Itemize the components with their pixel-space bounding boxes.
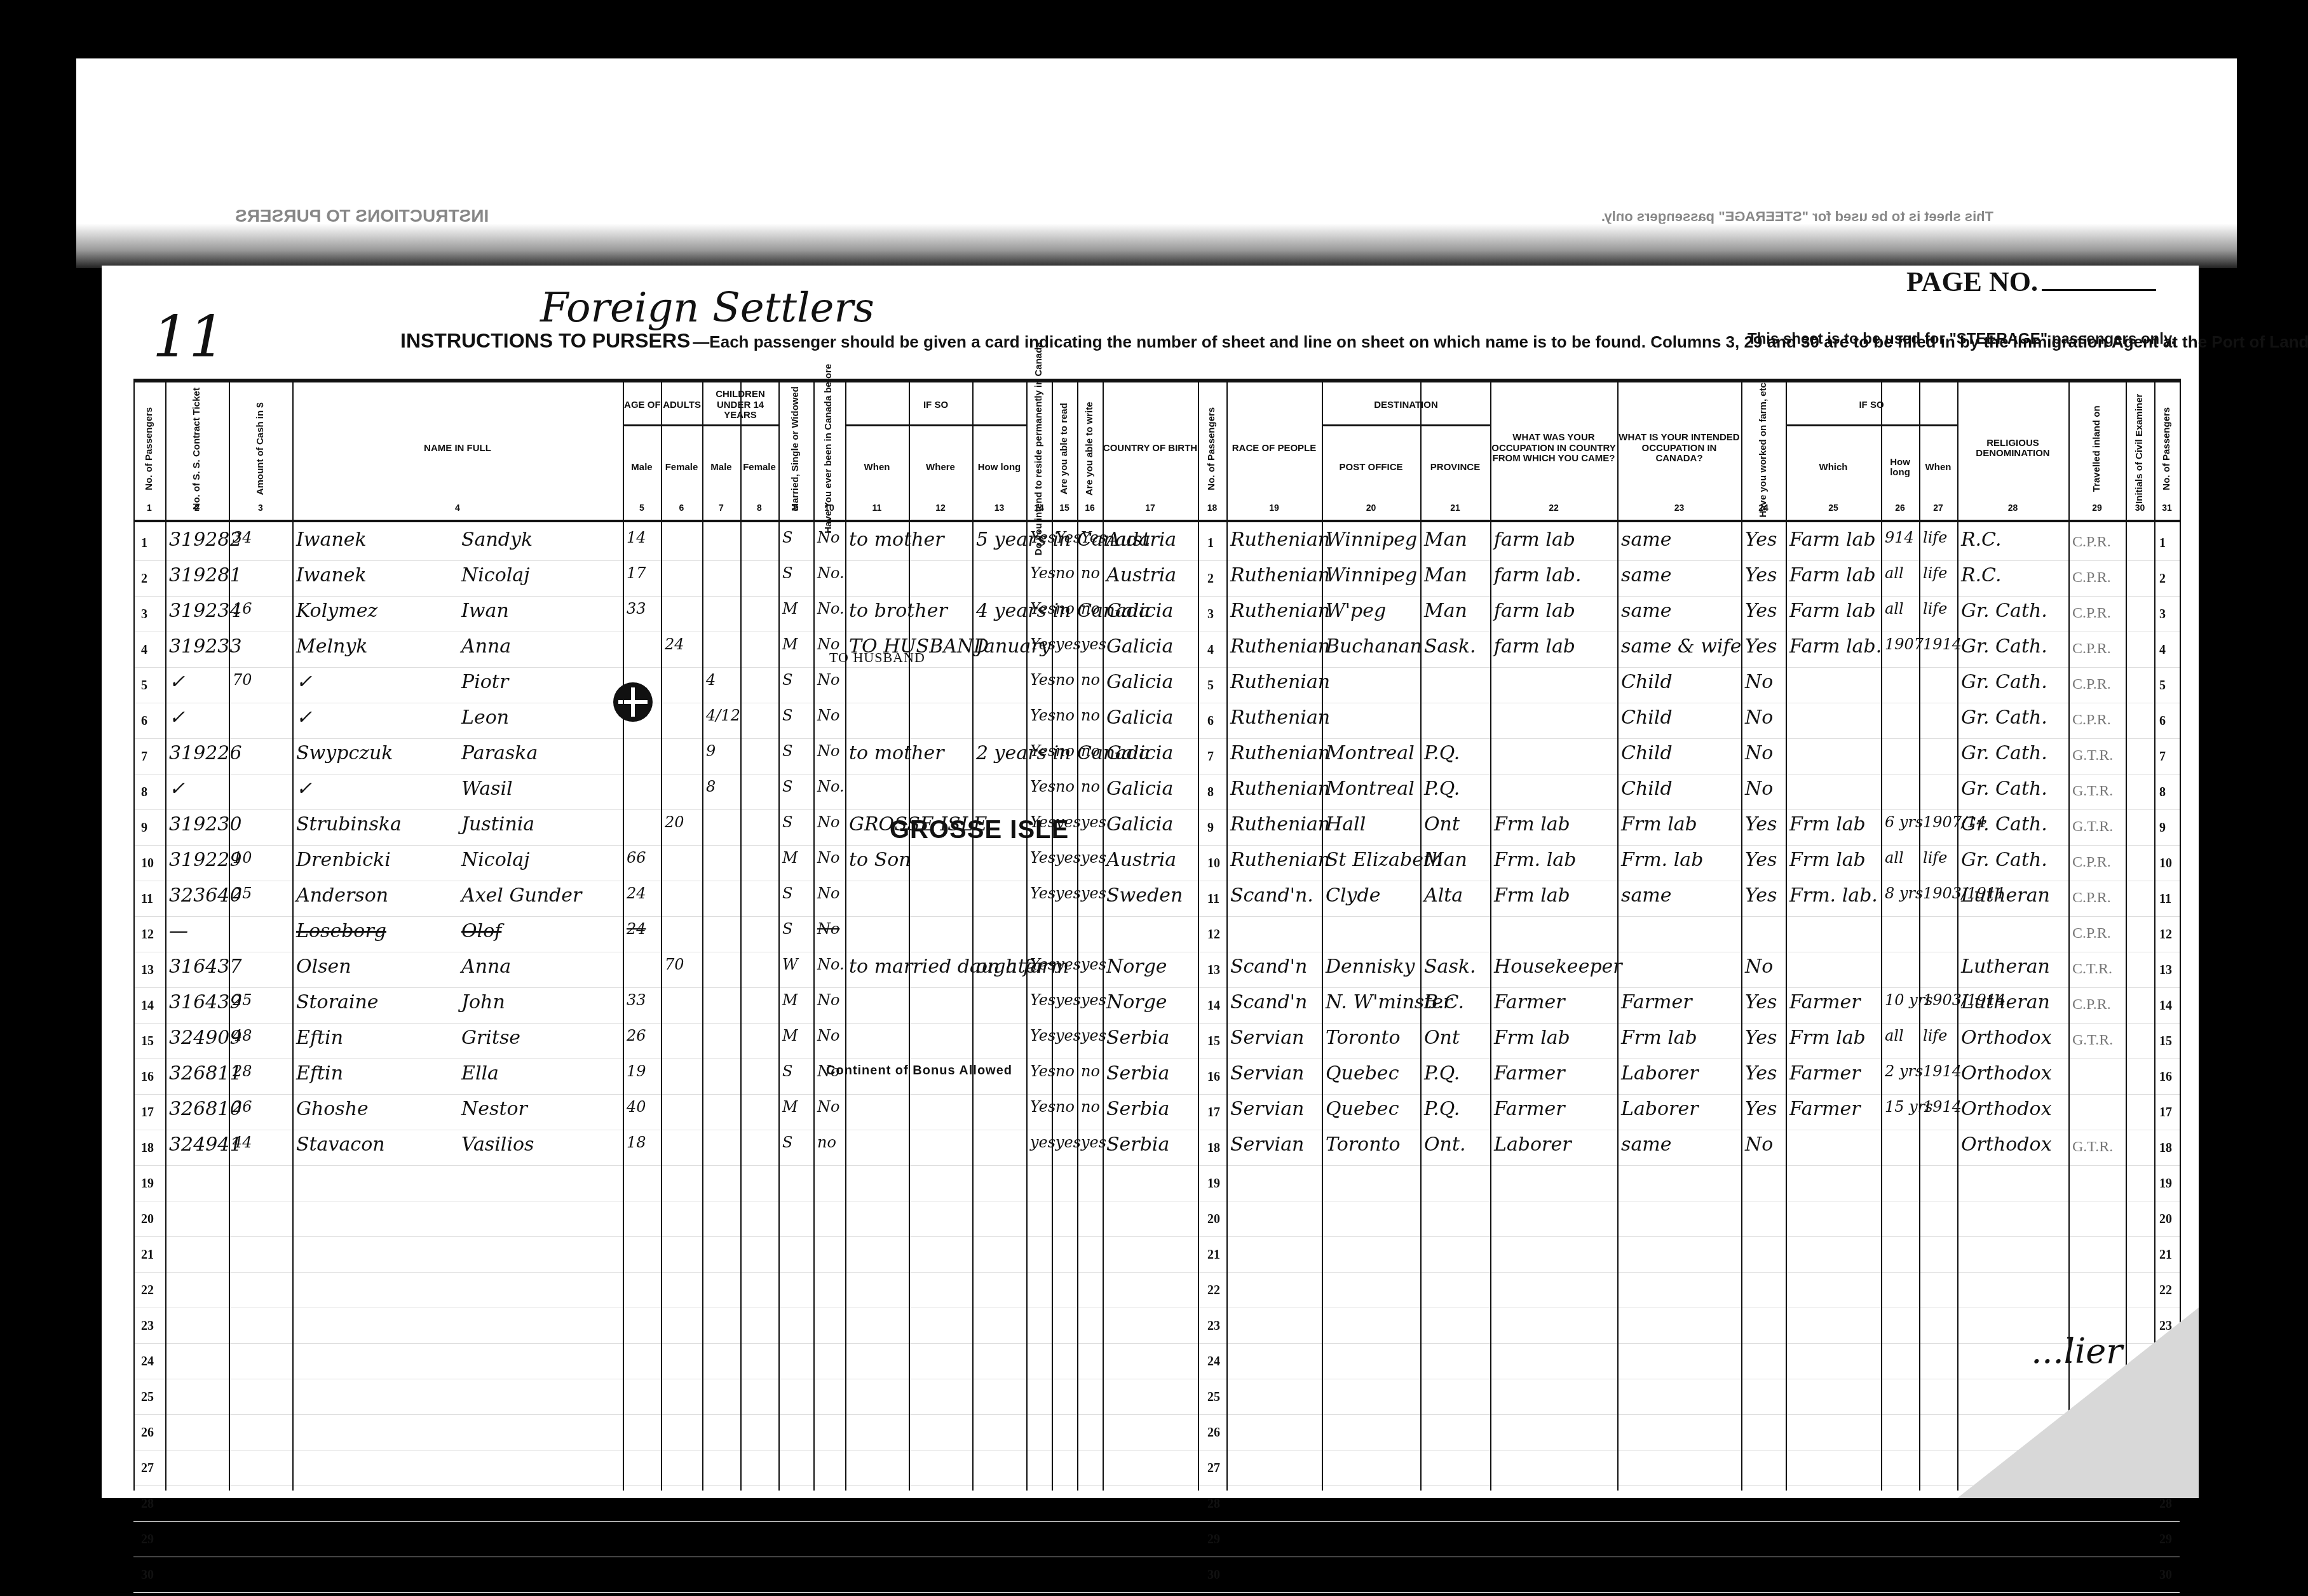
column-header-9: Married, Single or Widowed — [778, 385, 813, 512]
child-male: 4/12 — [706, 707, 740, 724]
marital-status: S — [782, 529, 792, 546]
column-divider — [778, 379, 780, 1491]
post-office: Hall — [1326, 813, 1366, 835]
given-name: Axel Gunder — [461, 884, 581, 907]
been-in-canada: No — [817, 742, 839, 760]
column-header-25: Which — [1786, 429, 1881, 506]
line-number: 7 — [141, 750, 147, 764]
column-header-11: When — [845, 429, 909, 506]
column-divider — [165, 379, 166, 1491]
given-name: Justinia — [461, 813, 534, 835]
line-number: 12 — [141, 928, 154, 942]
age-male: 19 — [627, 1062, 646, 1080]
intended-occupation: Child — [1621, 671, 1673, 693]
country-of-birth: Galicia — [1106, 813, 1173, 835]
race: Servian — [1230, 1098, 1304, 1120]
age-male: 33 — [627, 600, 646, 618]
line-number: 25 — [141, 1390, 154, 1405]
province: Man — [1424, 564, 1467, 586]
line-number: 8 — [1207, 785, 1214, 800]
ticket-number: ✓ — [169, 671, 185, 693]
race: Ruthenian — [1230, 529, 1330, 551]
column-number: 16 — [1077, 503, 1103, 513]
table-row: 252525 — [133, 1379, 2180, 1415]
column-divider — [623, 379, 624, 1491]
marital-status: W — [782, 956, 798, 973]
sheet-number: 11 — [153, 304, 226, 370]
religion: Gr. Cath. — [1961, 635, 2047, 658]
province: Man — [1424, 529, 1467, 551]
line-number: 23 — [141, 1319, 154, 1334]
given-name: Nicolaj — [461, 849, 530, 871]
header-bottom-rule — [133, 520, 2180, 522]
country-of-birth: Austria — [1106, 849, 1176, 871]
column-number: 10 — [813, 503, 845, 513]
line-number: 18 — [1207, 1141, 1220, 1156]
religion: Orthodox — [1961, 1027, 2052, 1049]
given-name: Nestor — [461, 1098, 527, 1120]
table-row: 222319281IwanekNicolaj17SNo.YesnonoAustr… — [133, 560, 2180, 597]
column-number: 4 — [292, 503, 623, 513]
column-header-8: Female — [740, 429, 778, 506]
column-number: 23 — [1617, 503, 1741, 513]
previous-occupation: Frm lab — [1494, 884, 1570, 907]
previous-occupation: Housekeeper — [1494, 956, 1622, 978]
been-in-canada: No — [817, 991, 839, 1009]
religion: Orthodox — [1961, 1098, 2052, 1120]
country-of-birth: Austria — [1106, 564, 1176, 586]
farm-experience: Yes — [1745, 564, 1777, 586]
line-number: 2 — [1207, 572, 1214, 586]
province: Man — [1424, 600, 1467, 622]
cash-amount: 28 — [233, 1062, 252, 1080]
table-row: 303030 — [133, 1557, 2180, 1593]
farm-experience: No — [1745, 778, 1773, 800]
line-number: 4 — [2159, 643, 2166, 658]
line-number: 5 — [1207, 679, 1214, 693]
cash-amount: 70 — [233, 671, 252, 689]
line-number: 27 — [1207, 1461, 1220, 1476]
farm-which: Frm lab — [1789, 1027, 1866, 1049]
post-office: Quebec — [1326, 1098, 1399, 1120]
can-read: no — [1056, 742, 1075, 760]
column-header-26: How long — [1881, 429, 1919, 506]
surname: Ghoshe — [296, 1098, 369, 1120]
column-number: 9 — [778, 503, 813, 513]
marital-status: S — [782, 884, 792, 902]
column-number: 22 — [1490, 503, 1617, 513]
post-office: Buchanan — [1326, 635, 1422, 658]
been-in-canada: no — [817, 1133, 836, 1151]
ticket-number: 324941 — [169, 1133, 242, 1156]
been-in-canada: No — [817, 1098, 839, 1116]
manifest-sheet: 11 Foreign Settlers PAGE NO. INSTRUCTION… — [102, 266, 2199, 1498]
country-of-birth: Norge — [1106, 956, 1167, 978]
line-number: 21 — [1207, 1248, 1220, 1262]
farm-which: Farm lab. — [1789, 635, 1882, 658]
column-header-14: Do you intend to reside permanently in C… — [1026, 385, 1052, 512]
table-row: 18181832494144StavaconVasilios18Snoyesye… — [133, 1130, 2180, 1166]
farm-experience: Yes — [1745, 991, 1777, 1013]
line-number: 25 — [1207, 1390, 1220, 1405]
column-divider — [1226, 379, 1228, 1491]
religion: Orthodox — [1961, 1062, 2052, 1085]
been-in-canada: No — [817, 529, 839, 546]
column-header-2: No. of S. S. Contract Ticket — [165, 385, 229, 512]
ticket-number: — — [169, 920, 188, 942]
column-number: 6 — [661, 503, 702, 513]
column-number: 19 — [1226, 503, 1322, 513]
farm-how-long: 8 yrs — [1885, 884, 1923, 902]
column-number: 17 — [1103, 503, 1198, 513]
column-header-23: WHAT IS YOUR INTENDED OCCUPATION IN CANA… — [1617, 385, 1741, 512]
farm-experience: Yes — [1745, 1027, 1777, 1049]
country-of-birth: Norge — [1106, 991, 1167, 1013]
can-read: no — [1056, 564, 1075, 582]
column-header-18: No. of Passengers — [1198, 385, 1226, 512]
race: Ruthenian — [1230, 813, 1330, 835]
province: P.Q. — [1424, 1098, 1460, 1120]
line-number: 1 — [2159, 536, 2166, 551]
marital-status: S — [782, 813, 792, 831]
travelled-inland: C.P.R. — [2072, 534, 2111, 551]
province: P.Q. — [1424, 1062, 1460, 1085]
country-of-birth: Galicia — [1106, 778, 1173, 800]
line-number: 16 — [1207, 1070, 1220, 1085]
country-of-birth: Serbia — [1106, 1062, 1169, 1085]
ticket-number: 319234 — [169, 600, 242, 622]
cash-amount: 44 — [233, 1133, 252, 1151]
can-read: no — [1056, 671, 1075, 689]
given-name: Anna — [461, 956, 511, 978]
age-female: 70 — [665, 956, 684, 973]
line-number: 7 — [1207, 750, 1214, 764]
farm-experience: Yes — [1745, 635, 1777, 658]
column-header-22: WHAT WAS YOUR OCCUPATION IN COUNTRY FROM… — [1490, 385, 1617, 512]
line-number: 15 — [1207, 1034, 1220, 1049]
ticket-number: ✓ — [169, 707, 185, 729]
post-office: Winnipeg — [1326, 564, 1417, 586]
line-number: 17 — [2159, 1106, 2172, 1120]
travelled-inland: C.P.R. — [2072, 569, 2111, 586]
column-header-3: Amount of Cash in $ — [229, 385, 292, 512]
torn-corner — [1957, 1308, 2199, 1498]
line-number: 6 — [141, 714, 147, 729]
column-divider — [972, 379, 974, 1491]
line-number: 11 — [2159, 892, 2171, 907]
ticket-number: 326811 — [169, 1062, 242, 1085]
farm-when: life — [1923, 1027, 1947, 1045]
post-office: W'peg — [1326, 600, 1386, 622]
line-number: 24 — [1207, 1355, 1220, 1369]
group-header-if_so_2: IF SO — [1786, 386, 1957, 426]
post-office: Montreal — [1326, 778, 1415, 800]
line-number: 19 — [2159, 1177, 2172, 1191]
column-header-5: Male — [623, 429, 661, 506]
farm-how-long: all — [1885, 600, 1904, 618]
cash-amount: 16 — [233, 600, 252, 618]
religion: Lutheran — [1961, 991, 2050, 1013]
table-row: 10101031922910DrenbickiNicolaj66MNoto So… — [133, 845, 2180, 881]
table-row: 15151532490948EftinGritse26MNoYesyesyesS… — [133, 1023, 2180, 1059]
column-header-29: Travelled inland on — [2068, 385, 2126, 512]
group-header-age_adults: AGE OF ADULTS — [623, 386, 702, 426]
religion: Lutheran — [1961, 956, 2050, 978]
if-so-when: to mother — [849, 529, 944, 551]
farm-experience: Yes — [1745, 813, 1777, 835]
post-office: Toronto — [1326, 1027, 1401, 1049]
line-number: 26 — [141, 1426, 154, 1440]
ticket-number: 323640 — [169, 884, 242, 907]
column-number: 20 — [1322, 503, 1420, 513]
farm-when: life — [1923, 529, 1947, 546]
farm-experience: Yes — [1745, 849, 1777, 871]
line-number: 10 — [2159, 856, 2172, 871]
line-number: 1 — [141, 536, 147, 551]
line-number: 21 — [2159, 1248, 2172, 1262]
surname: Drenbicki — [296, 849, 391, 871]
column-header-30: Initials of Civil Examiner — [2126, 385, 2154, 512]
can-write: no — [1081, 707, 1100, 724]
cash-amount: 48 — [233, 1027, 252, 1045]
race: Ruthenian — [1230, 600, 1330, 622]
farm-experience: Yes — [1745, 1062, 1777, 1085]
line-number: 16 — [141, 1070, 154, 1085]
line-number: 19 — [1207, 1177, 1220, 1191]
province: Ont — [1424, 1027, 1460, 1049]
surname: ✓ — [296, 707, 312, 729]
been-in-canada: No — [817, 1027, 839, 1045]
column-header-12: Where — [909, 429, 972, 506]
travelled-inland: G.T.R. — [2072, 818, 2113, 835]
if-so-when: to mother — [849, 742, 944, 764]
farm-which: Farmer — [1789, 991, 1861, 1013]
country-of-birth: Austria — [1106, 529, 1176, 551]
line-number: 24 — [141, 1355, 154, 1369]
travelled-inland: G.T.R. — [2072, 783, 2113, 800]
form-title: Foreign Settlers — [540, 285, 874, 332]
age-male: 14 — [627, 529, 646, 546]
province: Sask. — [1424, 635, 1476, 658]
line-number: 14 — [1207, 999, 1220, 1013]
table-row: 191919 — [133, 1165, 2180, 1201]
line-number: 30 — [141, 1568, 154, 1583]
column-header-28: RELIGIOUS DENOMINATION — [1957, 385, 2068, 512]
marital-status: M — [782, 849, 798, 867]
column-header-27: When — [1919, 429, 1957, 506]
column-number: 12 — [909, 503, 972, 513]
religion: R.C. — [1961, 529, 2002, 551]
line-number: 14 — [2159, 999, 2172, 1013]
line-number: 8 — [141, 785, 147, 800]
line-number: 18 — [2159, 1141, 2172, 1156]
religion: Gr. Cath. — [1961, 600, 2047, 622]
farm-experience: Yes — [1745, 884, 1777, 907]
column-divider — [1420, 379, 1422, 1491]
province: Sask. — [1424, 956, 1476, 978]
column-header-21: PROVINCE — [1420, 429, 1490, 506]
line-number: 23 — [1207, 1319, 1220, 1334]
intended-occupation: same — [1621, 884, 1671, 907]
surname: Olsen — [296, 956, 351, 978]
marital-status: S — [782, 742, 792, 760]
line-number: 17 — [141, 1106, 154, 1120]
farm-experience: Yes — [1745, 529, 1777, 551]
column-header-16: Are you able to write — [1077, 385, 1103, 512]
intended-occupation: same — [1621, 600, 1671, 622]
farm-when: life — [1923, 849, 1947, 867]
ticket-number: 316437 — [169, 956, 242, 978]
column-number: 28 — [1957, 503, 2068, 513]
marital-status: S — [782, 707, 792, 724]
farm-how-long: 1907 — [1885, 635, 1924, 653]
line-number: 2 — [141, 572, 147, 586]
line-number: 20 — [2159, 1212, 2172, 1227]
province: P.Q. — [1424, 742, 1460, 764]
race: Ruthenian — [1230, 778, 1330, 800]
farm-which: Farm lab — [1789, 529, 1876, 551]
religion: Gr. Cath. — [1961, 778, 2047, 800]
line-number: 29 — [2159, 1532, 2172, 1547]
continent-bonus-stamp: Continent of Bonus Allowed — [826, 1064, 1012, 1078]
line-number: 3 — [2159, 607, 2166, 622]
been-in-canada: No — [817, 671, 839, 689]
can-read: no — [1056, 1062, 1075, 1080]
race: Scand'n — [1230, 991, 1307, 1013]
line-number: 2 — [2159, 572, 2166, 586]
column-header-4: NAME IN FULL — [292, 385, 623, 512]
been-in-canada: No — [817, 707, 839, 724]
table-row: 242424 — [133, 1343, 2180, 1379]
line-number: 16 — [2159, 1070, 2172, 1085]
surname: Loseborg — [296, 920, 386, 942]
age-male: 40 — [627, 1098, 646, 1116]
post-office: Clyde — [1326, 884, 1380, 907]
column-divider — [740, 379, 742, 1491]
province: Alta — [1424, 884, 1463, 907]
line-number: 22 — [1207, 1283, 1220, 1298]
line-number: 6 — [2159, 714, 2166, 729]
line-number: 6 — [1207, 714, 1214, 729]
table-row: 121212—LoseborgOlof24SNoC.P.R. — [133, 916, 2180, 952]
given-name: Olof — [461, 920, 501, 942]
age-male: 24 — [627, 884, 646, 902]
religion: R.C. — [1961, 564, 2002, 586]
intended-occupation: Frm lab — [1621, 1027, 1697, 1049]
previous-occupation: Frm lab — [1494, 1027, 1570, 1049]
religion: Gr. Cath. — [1961, 707, 2047, 729]
previous-occupation: farm lab — [1494, 635, 1575, 658]
can-read: no — [1056, 707, 1075, 724]
race: Ruthenian — [1230, 849, 1330, 871]
surname: Iwanek — [296, 529, 367, 551]
post-office: Montreal — [1326, 742, 1415, 764]
line-number: 1 — [1207, 536, 1214, 551]
race: Scand'n — [1230, 956, 1307, 978]
column-number: 15 — [1052, 503, 1077, 513]
race: Servian — [1230, 1133, 1304, 1156]
travelled-inland: C.P.R. — [2072, 854, 2111, 871]
intended-occupation: Frm. lab — [1621, 849, 1703, 871]
farm-experience: Yes — [1745, 1098, 1777, 1120]
farm-which: Farmer — [1789, 1062, 1861, 1085]
marital-status: M — [782, 600, 798, 618]
manifest-table: No. of Passengers1No. of S. S. Contract … — [133, 379, 2180, 1491]
line-number: 7 — [2159, 750, 2166, 764]
line-number: 30 — [2159, 1568, 2172, 1583]
line-number: 28 — [141, 1497, 154, 1511]
marital-status: S — [782, 1062, 792, 1080]
previous-occupation: Farmer — [1494, 1098, 1565, 1120]
given-name: Ella — [461, 1062, 499, 1085]
line-number: 30 — [1207, 1568, 1220, 1583]
can-write: no — [1081, 564, 1100, 582]
country-of-birth: Galicia — [1106, 707, 1173, 729]
cash-amount: 25 — [233, 884, 252, 902]
can-write: no — [1081, 1098, 1100, 1116]
line-number: 4 — [1207, 643, 1214, 658]
race: Servian — [1230, 1027, 1304, 1049]
intended-occupation: Child — [1621, 742, 1673, 764]
can-read: no — [1056, 600, 1075, 618]
cash-amount: 26 — [233, 1098, 252, 1116]
intended-occupation: same — [1621, 564, 1671, 586]
child-male: 4 — [706, 671, 716, 689]
farm-when: 1914 — [1923, 1062, 1962, 1080]
line-number: 3 — [1207, 607, 1214, 622]
line-number: 28 — [2159, 1497, 2172, 1511]
previous-occupation: Farmer — [1494, 991, 1565, 1013]
marital-status: S — [782, 564, 792, 582]
intended-occupation: Frm lab — [1621, 813, 1697, 835]
can-write: no — [1081, 742, 1100, 760]
line-number: 11 — [1207, 892, 1219, 907]
race: Ruthenian — [1230, 635, 1330, 658]
column-divider — [702, 379, 703, 1491]
column-divider — [1741, 379, 1742, 1491]
line-number: 29 — [141, 1532, 154, 1547]
race: Ruthenian — [1230, 742, 1330, 764]
farm-which: Frm. lab. — [1789, 884, 1878, 907]
religion: Gr. Cath. — [1961, 813, 2047, 835]
ticket-number: 319229 — [169, 849, 242, 871]
age-female: 20 — [665, 813, 684, 831]
line-number: 5 — [141, 679, 147, 693]
header-top-rule — [133, 379, 2180, 382]
line-number: 26 — [1207, 1426, 1220, 1440]
can-read: no — [1056, 1098, 1075, 1116]
ticket-number: 326810 — [169, 1098, 242, 1120]
table-row: 272727 — [133, 1450, 2180, 1486]
table-row: 16161632681128EftinElla19SNoYesnonoSerbi… — [133, 1058, 2180, 1095]
can-write: no — [1081, 600, 1100, 618]
column-divider — [292, 379, 294, 1491]
been-in-canada: No — [817, 849, 839, 867]
post-office: Dennisky — [1326, 956, 1415, 978]
column-number: 14 — [1026, 503, 1052, 513]
age-male: 33 — [627, 991, 646, 1009]
farm-experience: No — [1745, 956, 1773, 978]
line-number: 9 — [1207, 821, 1214, 835]
country-of-birth: Galicia — [1106, 600, 1173, 622]
column-header-17: COUNTRY OF BIRTH — [1103, 385, 1198, 512]
ticket-number: 319233 — [169, 635, 242, 658]
line-number: 9 — [141, 821, 147, 835]
column-number: 1 — [133, 503, 165, 513]
column-number: 11 — [845, 503, 909, 513]
table-row: 666✓✓Leon4/12SNoYesnonoGaliciaRuthenianC… — [133, 703, 2180, 739]
table-row: 232323 — [133, 1308, 2180, 1344]
